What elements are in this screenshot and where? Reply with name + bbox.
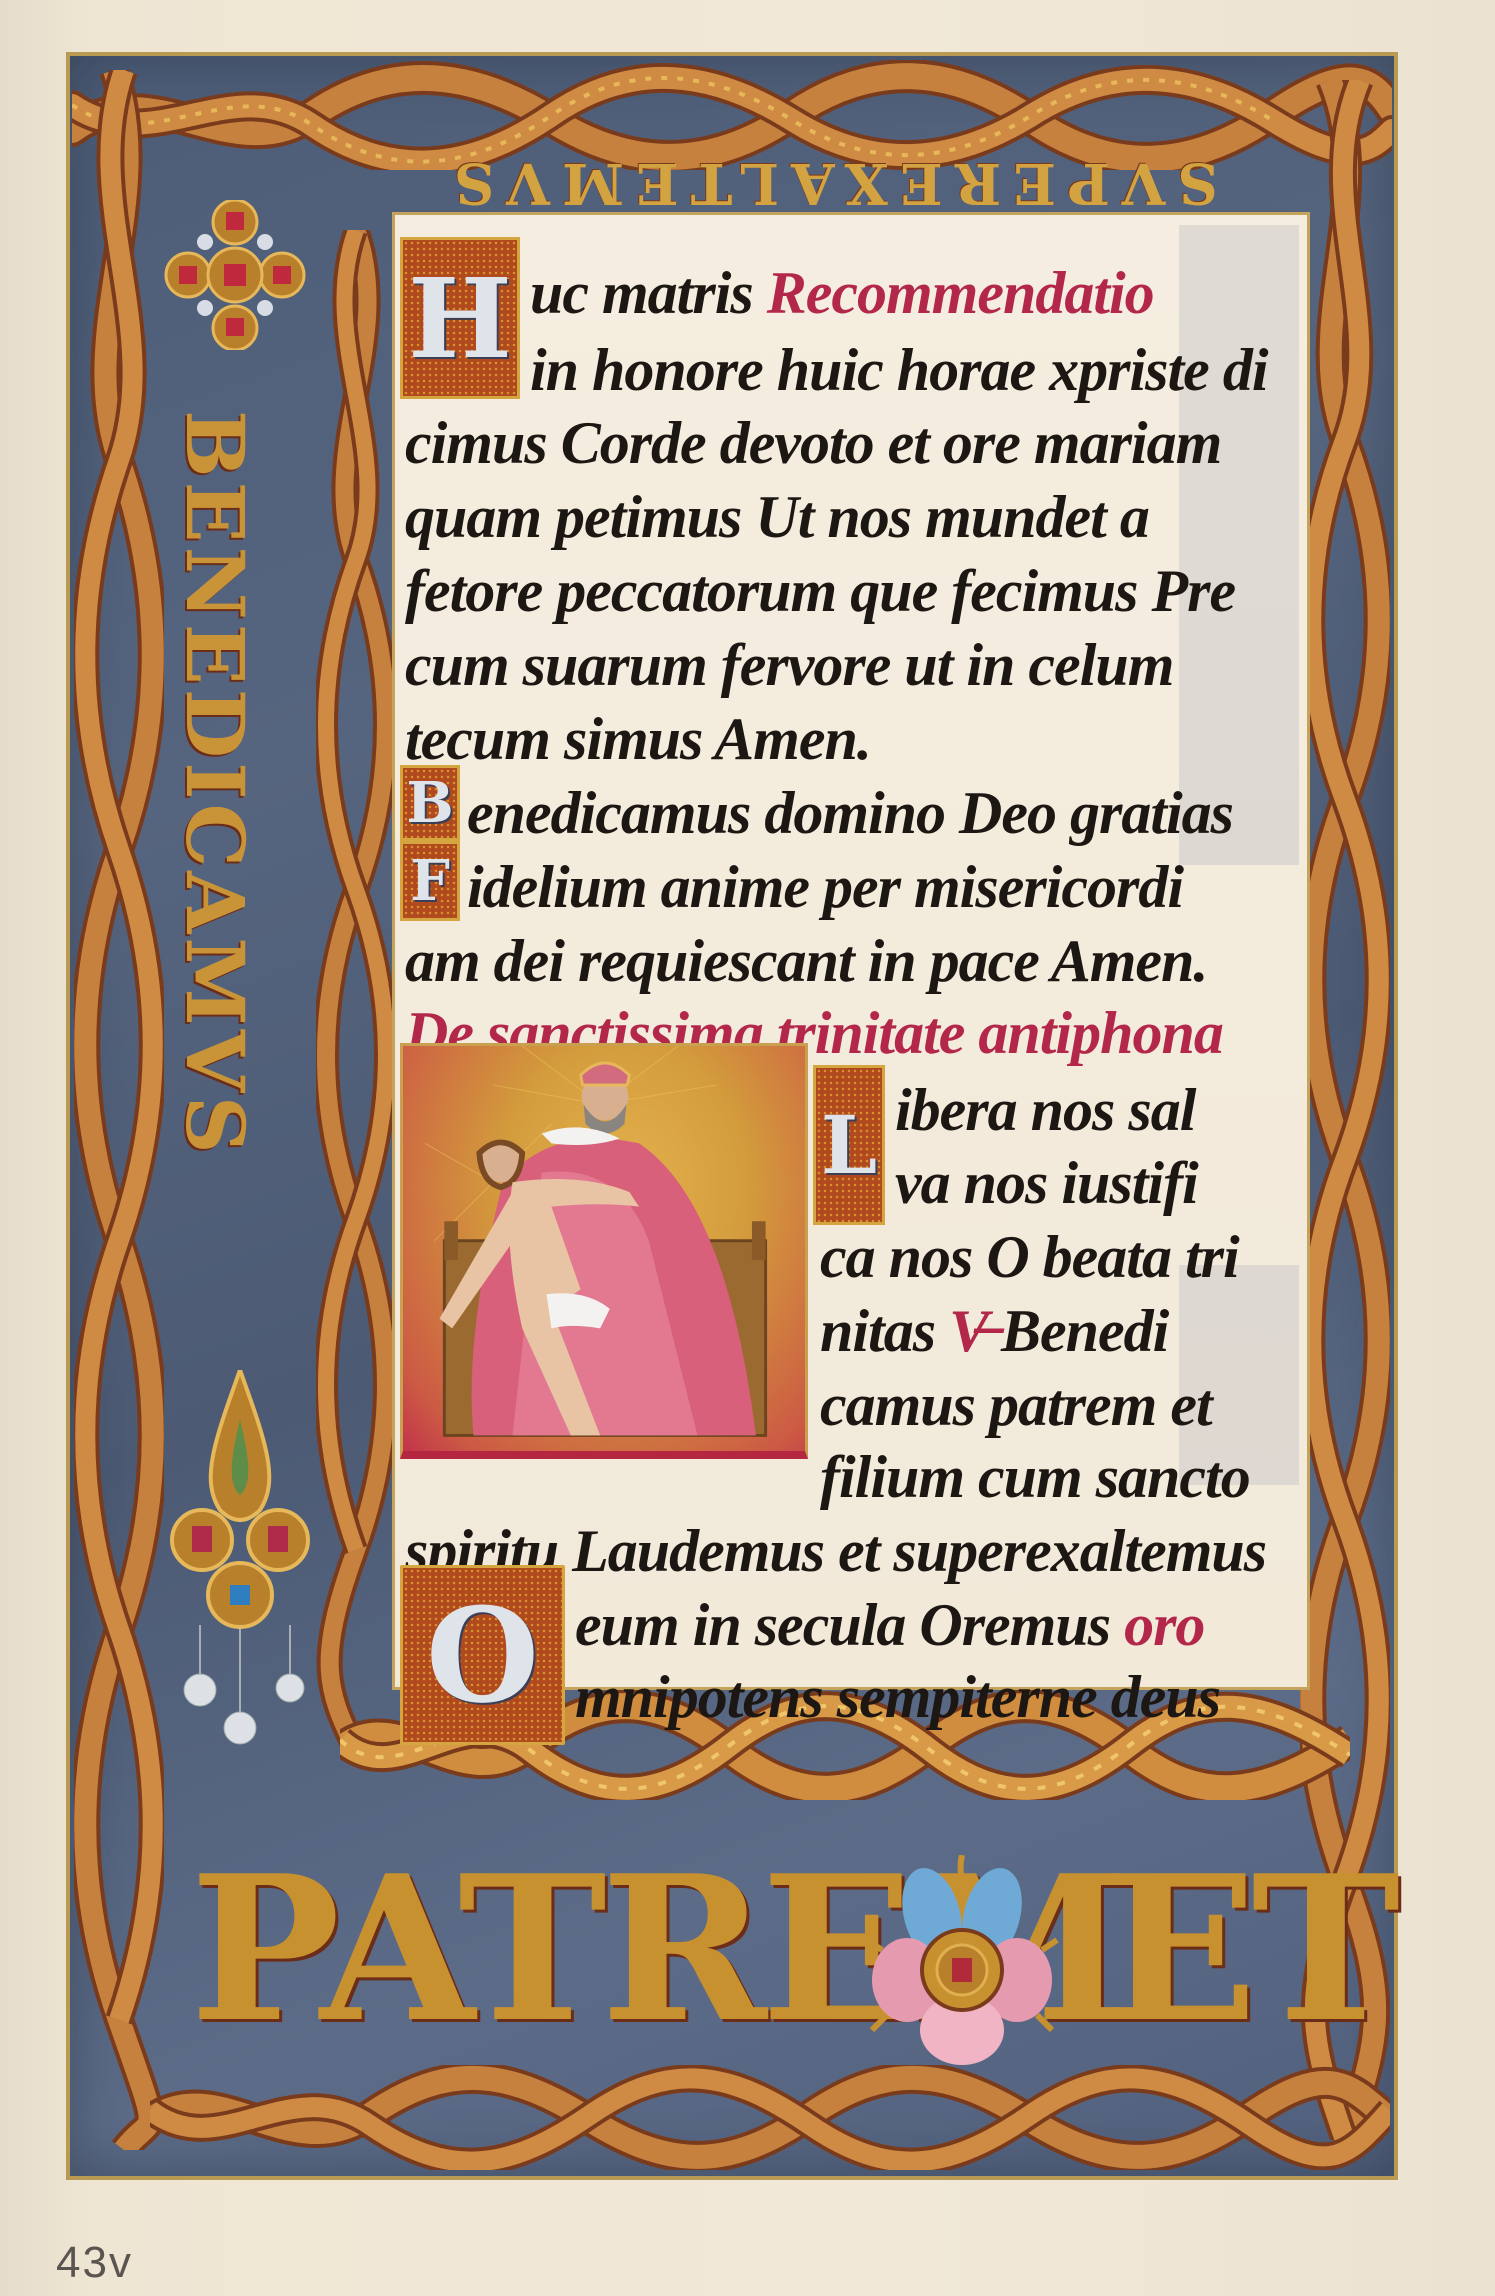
bottom-branch-border: [150, 2065, 1390, 2170]
initial-b: B: [400, 765, 460, 841]
bottom-inscription: PATREM ET: [190, 1840, 1330, 2060]
top-inscription: SVPEREXALTEMVS: [430, 148, 1230, 218]
text-line-8: enedicamus domino Deo gratias: [467, 773, 1233, 853]
left-outer-branch-border: [74, 70, 164, 2150]
text-line-20: mnipotens sempiterne deus: [575, 1657, 1220, 1737]
left-vertical-inscription: BENEDICAMVS: [170, 410, 260, 1270]
text-line-1: uc matris Recommendatio: [530, 253, 1154, 333]
text-block: H uc matris Recommendatio in honore huic…: [392, 212, 1310, 1690]
initial-h: H: [400, 237, 520, 399]
text-line-6: cum suarum fervore ut in celum: [405, 625, 1173, 705]
right-branch-border: [1300, 80, 1390, 2140]
text-line-13: va nos iustifi: [895, 1143, 1198, 1223]
text-line-9: idelium anime per misericordi: [467, 847, 1183, 927]
miniature-trinity-painting: [400, 1043, 808, 1459]
text-line-4: quam petimus Ut nos mundet a: [405, 477, 1149, 557]
jewel-cross-ornament-icon: [160, 200, 310, 350]
show-through-shadow: [1179, 225, 1299, 865]
text-line-12: ibera nos sal: [895, 1070, 1195, 1150]
folio-number: 43v: [56, 2238, 133, 2288]
initial-o: O: [400, 1565, 565, 1745]
jewel-pendant-ornament-icon: [160, 1370, 320, 1750]
initial-l: L: [813, 1065, 885, 1225]
text-line-10: am dei requiescant in pace Amen.: [405, 921, 1207, 1001]
text-line-5: fetore peccatorum que fecimus Pre: [405, 551, 1235, 631]
text-line-3: cimus Corde devoto et ore mariam: [405, 403, 1221, 483]
text-line-14: ca nos O beata tri: [820, 1217, 1239, 1297]
text-line-16: camus patrem et: [820, 1365, 1212, 1445]
left-inner-branch-border: [316, 230, 396, 1750]
initial-f: F: [400, 841, 460, 921]
text-line-15: nitas V̶ Benedi: [820, 1291, 1168, 1371]
text-line-7: tecum simus Amen.: [405, 699, 871, 779]
text-line-19: eum in secula Oremus oro: [575, 1585, 1204, 1665]
text-line-2: in honore huic horae xpriste di: [530, 330, 1268, 410]
text-line-17: filium cum sancto: [820, 1437, 1250, 1517]
flower-ornament-icon: [862, 1855, 1062, 2065]
bottom-word-et: ET: [1105, 1840, 1394, 2060]
